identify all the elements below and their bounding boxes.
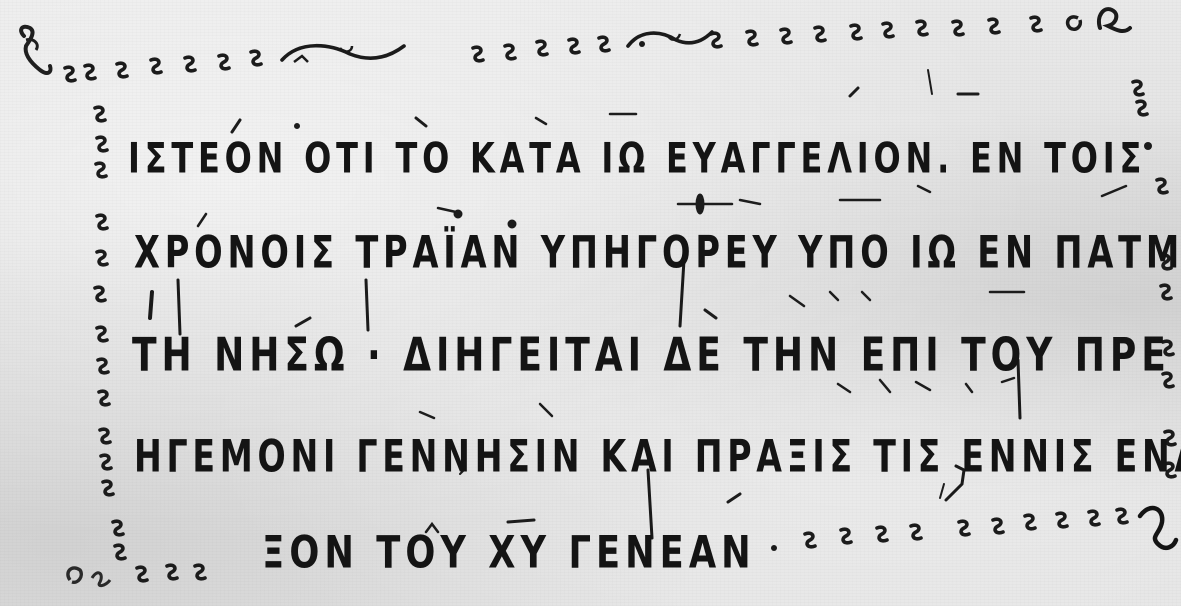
corner-flourish-bottom-right-icon bbox=[1140, 508, 1176, 548]
text-line-4: ΗΓΕΜΟΝΙ ΓΕΝΝΗΣΙΝ ΚΑΙ ΠΡΑΞΙΣ ΤΙΣ ΕΝΝΙΣ ΕΝ… bbox=[134, 431, 1181, 482]
text-line-5: ΞΟΝ ΤΟΥ ΧΥ ΓΕΝΕΑΝ bbox=[262, 527, 756, 578]
bottom-border-squiggles-icon bbox=[771, 509, 1127, 551]
manuscript-page: ΙΣΤΕΟΝ ΟΤΙ ΤΟ ΚΑΤΑ ΙΩ ΕΥΑΓΓΕΛΙΟΝ. ΕΝ ΤΟΙ… bbox=[0, 0, 1181, 606]
descender-strokes-icon bbox=[150, 260, 1020, 538]
top-border-squiggles-icon bbox=[65, 17, 1041, 81]
text-line-3: ΤΗ ΝΗΣΩ · ΔΙΗΓΕΙΤΑΙ ΔΕ ΤΗΝ ΕΠΙ ΤΟΥ ΠΡΕ bbox=[132, 329, 1171, 383]
corner-flourish-top-left-icon bbox=[21, 27, 50, 73]
corner-flourish-top-right-icon bbox=[1068, 9, 1130, 31]
ornamental-border bbox=[0, 0, 1181, 606]
text-line-1: ΙΣΤΕΟΝ ΟΤΙ ΤΟ ΚΑΤΑ ΙΩ ΕΥΑΓΓΕΛΙΟΝ. ΕΝ ΤΟΙ… bbox=[128, 135, 1146, 183]
left-border-squiggles-icon bbox=[95, 107, 125, 559]
text-line-2: ΧΡΟΝΟΙΣ ΤΡΑΪΑΝ ΥΠΗΓΟΡΕΥ ΥΠΟ ΙΩ ΕΝ ΠΑΤΜΩ bbox=[134, 227, 1181, 278]
corner-flourish-bottom-left-icon bbox=[68, 565, 205, 585]
top-wave-flourish-icon bbox=[282, 32, 712, 62]
